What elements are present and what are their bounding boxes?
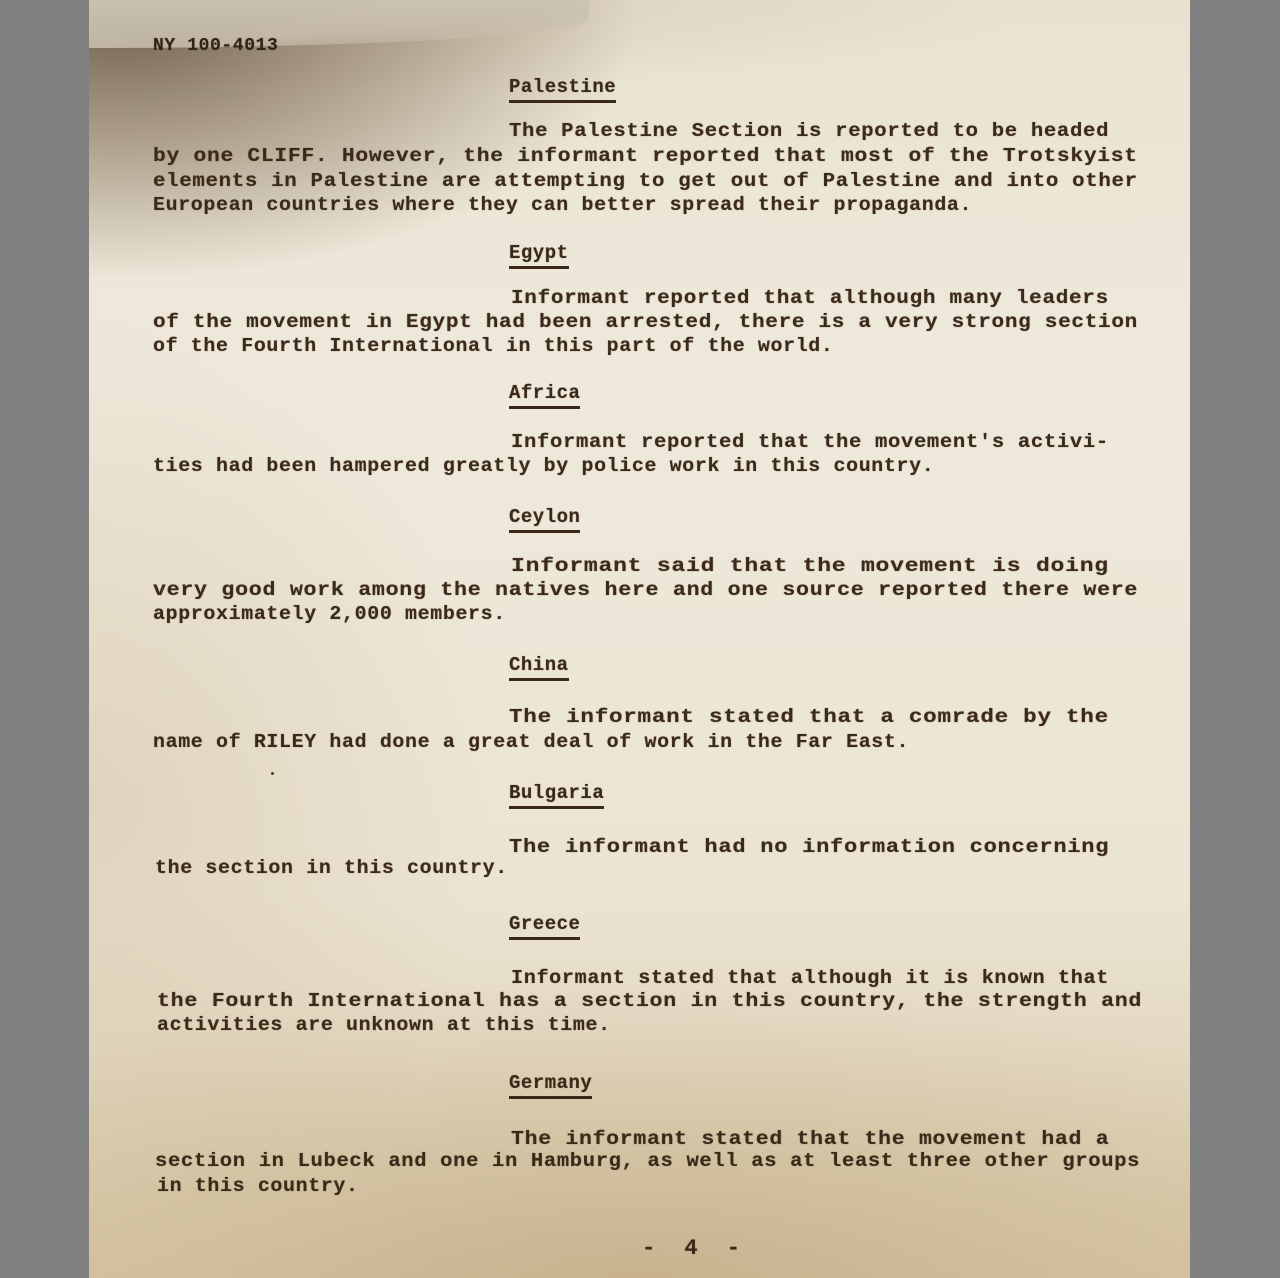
section-line: the section in this country. bbox=[155, 857, 508, 879]
section-line: The informant stated that a comrade by t… bbox=[509, 706, 1109, 728]
section-line: The Palestine Section is reported to be … bbox=[509, 120, 1109, 142]
section-line: the Fourth International has a section i… bbox=[157, 990, 1142, 1012]
section-heading-bulgaria: Bulgaria bbox=[509, 782, 604, 809]
section-heading-germany: Germany bbox=[509, 1072, 592, 1099]
file-number: NY 100-4013 bbox=[153, 36, 278, 56]
section-line: approximately 2,000 members. bbox=[153, 603, 506, 625]
section-line: Informant stated that although it is kno… bbox=[511, 967, 1109, 989]
section-line: Informant reported that although many le… bbox=[511, 287, 1109, 309]
section-line: European countries where they can better… bbox=[153, 194, 972, 216]
section-line: The informant stated that the movement h… bbox=[511, 1128, 1109, 1150]
section-line: name of RILEY had done a great deal of w… bbox=[153, 731, 909, 753]
document-page: NY 100-4013 Palestine The Palestine Sect… bbox=[89, 0, 1190, 1278]
section-heading-greece: Greece bbox=[509, 913, 580, 940]
section-line: very good work among the natives here an… bbox=[153, 579, 1138, 601]
page-number: - 4 - bbox=[642, 1236, 748, 1261]
section-heading-egypt: Egypt bbox=[509, 242, 569, 269]
section-line: of the movement in Egypt had been arrest… bbox=[153, 311, 1138, 333]
section-line: Informant reported that the movement's a… bbox=[511, 431, 1109, 453]
section-line: in this country. bbox=[157, 1175, 359, 1197]
section-heading-palestine: Palestine bbox=[509, 76, 616, 103]
section-line: activities are unknown at this time. bbox=[157, 1014, 611, 1036]
section-line: of the Fourth International in this part… bbox=[153, 335, 834, 357]
section-line: Informant said that the movement is doin… bbox=[511, 555, 1109, 577]
section-line: elements in Palestine are attempting to … bbox=[153, 170, 1138, 192]
section-heading-china: China bbox=[509, 654, 569, 681]
section-line: by one CLIFF. However, the informant rep… bbox=[153, 145, 1138, 167]
section-line: The informant had no information concern… bbox=[509, 836, 1109, 858]
section-heading-africa: Africa bbox=[509, 382, 580, 409]
paper-speck bbox=[271, 772, 274, 775]
section-heading-ceylon: Ceylon bbox=[509, 506, 580, 533]
section-line: ties had been hampered greatly by police… bbox=[153, 455, 934, 477]
section-line: section in Lubeck and one in Hamburg, as… bbox=[155, 1150, 1140, 1172]
